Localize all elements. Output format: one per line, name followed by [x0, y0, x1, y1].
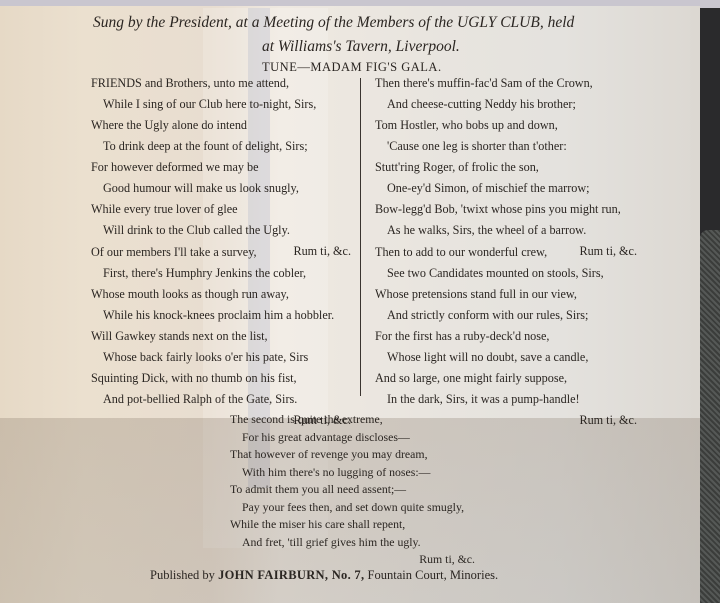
stanza-left-top: FRIENDS and Brothers, unto me attend, Wh…	[91, 73, 351, 262]
verse-line: Stutt'ring Roger, of frolic the son,	[375, 157, 637, 178]
verse-line: Then there's muffin-fac'd Sam of the Cro…	[375, 73, 637, 94]
verse-line: As he walks, Sirs, the wheel of a barrow…	[375, 220, 637, 241]
verse-line: Bow-legg'd Bob, 'twixt whose pins you mi…	[375, 199, 637, 220]
verse-line: And strictly conform with our rules, Sir…	[375, 305, 637, 326]
verse-line: While his knock-knees proclaim him a hob…	[91, 305, 351, 326]
verse-line: For however deformed we may be	[91, 157, 351, 178]
stanza-right-bottom: Then to add to our wonderful crew, See t…	[375, 242, 637, 431]
verse-line: While every true lover of glee	[91, 199, 351, 220]
refrain: Rum ti, &c.	[230, 551, 475, 569]
publisher-imprint: Published by JOHN FAIRBURN, No. 7, Fount…	[150, 568, 498, 583]
cloth-edge	[700, 230, 720, 603]
verse-line: And so large, one might fairly suppose,	[375, 368, 637, 389]
verse-line: To admit them you all need assent;—	[230, 481, 475, 499]
verse-line: Of our members I'll take a survey,	[91, 242, 351, 263]
imprint-prefix: Published by	[150, 568, 218, 582]
verse-line: FRIENDS and Brothers, unto me attend,	[91, 73, 351, 94]
verse-line: While the miser his care shall repent,	[230, 516, 475, 534]
verse-line: While I sing of our Club here to-night, …	[91, 94, 351, 115]
verse-line: Squinting Dick, with no thumb on his fis…	[91, 368, 351, 389]
stanza-final: The second is quite the extreme, For his…	[230, 411, 475, 569]
header-line-2: at Williams's Tavern, Liverpool.	[262, 38, 460, 56]
verse-line: For the first has a ruby-deck'd nose,	[375, 326, 637, 347]
verse-line: For his great advantage discloses—	[230, 429, 475, 447]
verse-line: In the dark, Sirs, it was a pump-handle!	[375, 389, 637, 410]
verse-line: And pot-bellied Ralph of the Gate, Sirs.	[91, 389, 351, 410]
verse-line: Good humour will make us look snugly,	[91, 178, 351, 199]
stanza-left-bottom: Of our members I'll take a survey, First…	[91, 242, 351, 431]
verse-line: Will drink to the Club called the Ugly.	[91, 220, 351, 241]
verse-line: First, there's Humphry Jenkins the coble…	[91, 263, 351, 284]
verse-line: The second is quite the extreme,	[230, 411, 475, 429]
verse-line: Whose back fairly looks o'er his pate, S…	[91, 347, 351, 368]
verse-line: Whose mouth looks as though run away,	[91, 284, 351, 305]
verse-line: One-ey'd Simon, of mischief the marrow;	[375, 178, 637, 199]
verse-line: And cheese-cutting Neddy his brother;	[375, 94, 637, 115]
stanza-right-top: Then there's muffin-fac'd Sam of the Cro…	[375, 73, 637, 262]
verse-line: Will Gawkey stands next on the list,	[91, 326, 351, 347]
verse-line: Whose light will no doubt, save a candle…	[375, 347, 637, 368]
verse-line: Then to add to our wonderful crew,	[375, 242, 637, 263]
verse-line: Whose pretensions stand full in our view…	[375, 284, 637, 305]
verse-line: Where the Ugly alone do intend	[91, 115, 351, 136]
verse-line: That however of revenge you may dream,	[230, 446, 475, 464]
verse-line: Tom Hostler, who bobs up and down,	[375, 115, 637, 136]
verse-line: With him there's no lugging of noses:—	[230, 464, 475, 482]
verse-line: And fret, 'till grief gives him the ugly…	[230, 534, 475, 552]
imprint-publisher: JOHN FAIRBURN, No. 7,	[218, 568, 364, 582]
verse-line: To drink deep at the fount of delight, S…	[91, 136, 351, 157]
verse-line: See two Candidates mounted on stools, Si…	[375, 263, 637, 284]
imprint-address: Fountain Court, Minories.	[364, 568, 498, 582]
column-divider	[360, 78, 361, 396]
verse-line: Pay your fees then, and set down quite s…	[230, 499, 475, 517]
verse-line: 'Cause one leg is shorter than t'other:	[375, 136, 637, 157]
header-line-1: Sung by the President, at a Meeting of t…	[93, 14, 574, 32]
